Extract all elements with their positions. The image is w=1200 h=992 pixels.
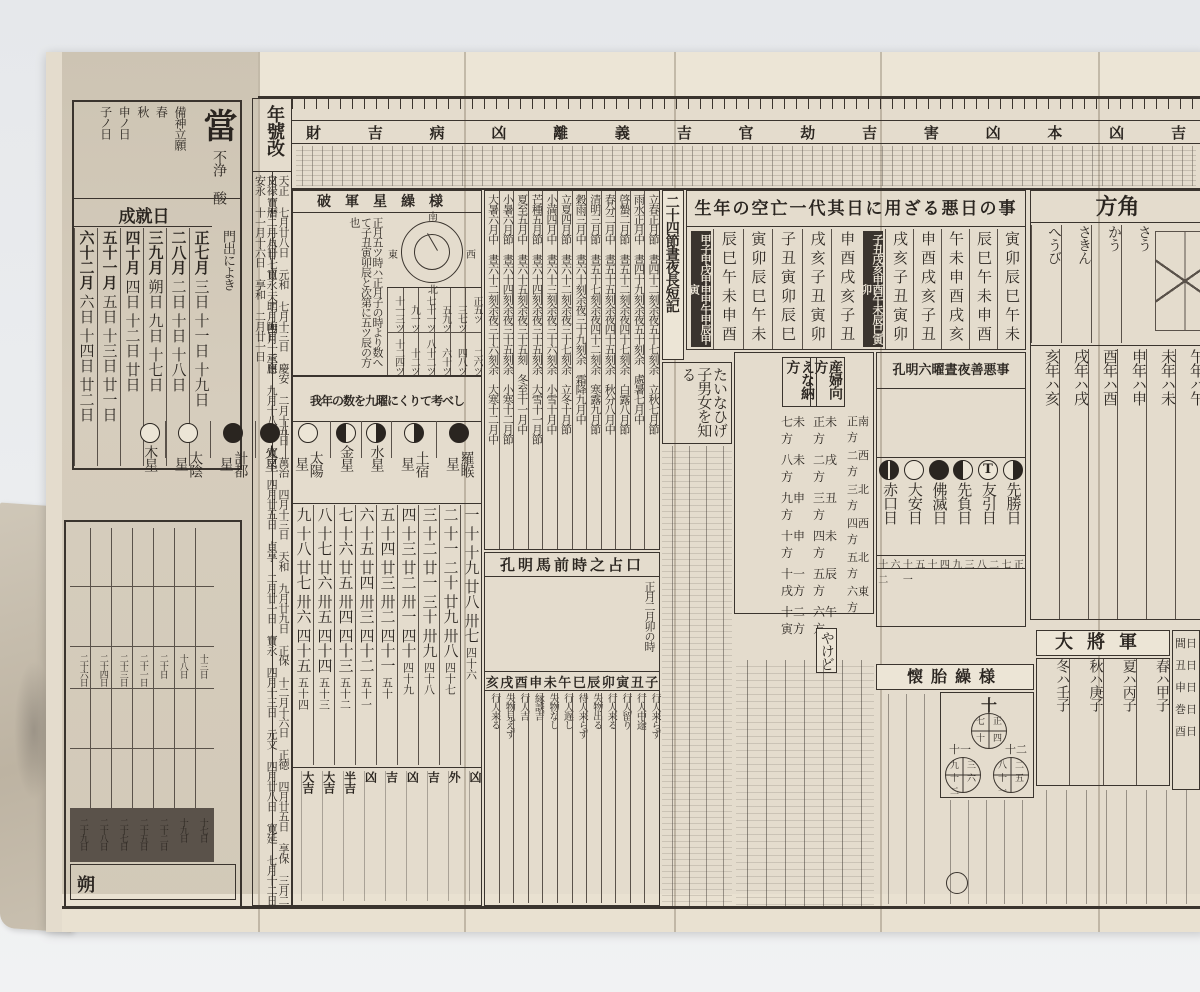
- ruler-label: 離: [553, 122, 568, 144]
- ruler-label: 凶: [491, 122, 506, 144]
- lower-left-days-row1: 十三日 十八日 二十日 二十一日 二十三日 二十四日 二十六日: [72, 654, 212, 686]
- ruler-label: 義: [615, 122, 630, 144]
- rokuyou-days: 先勝日 友引日 先負日 佛滅日 大安日 赤口日: [877, 457, 1025, 555]
- rokuyou-day: 先勝日: [1000, 458, 1025, 555]
- sekki-row: 清明三月節 晝五十七刻余夜四十二刻余 寒露九月節: [586, 191, 601, 549]
- moon-full-icon: [260, 423, 280, 443]
- sekki-row: 大暑六月中 晝六十二刻余夜三十六刻余 大寒十二月中: [485, 191, 499, 549]
- moon-empty-icon: [178, 423, 198, 443]
- ruler-label: 劫: [800, 122, 815, 144]
- moon-half-icon: [336, 423, 356, 443]
- sekki-title: 二十四節晝夜長短記: [663, 191, 680, 316]
- rokuyou-months: 正七二八三九四十五十一六十二: [877, 555, 1025, 569]
- star-column: 計都星: [210, 421, 255, 458]
- ena-title: えな納方: [782, 357, 817, 407]
- kuubou-grid-b: 寅卯辰巳午未 辰巳午未申酉 午未申酉戌亥 申酉戌亥子丑 戌亥子丑寅卯: [885, 229, 1025, 349]
- season-headers: 備神立願 春 秋 申ノ日 子ノ日: [11, 106, 186, 150]
- moon-bar-icon: [879, 460, 899, 480]
- komei-hours: 子丑寅卯辰巳午未申酉戌亥: [485, 671, 659, 691]
- compass-diagram: 南 西 北 東: [401, 221, 463, 283]
- lower-left-box: 十三日 十八日 二十日 二十一日 二十三日 二十四日 二十六日 十七日 十九日 …: [64, 520, 242, 908]
- side-days-box: 間日丑日申日巻日酉日: [1172, 630, 1200, 790]
- star-column: 羅睺星: [436, 421, 481, 458]
- era-title: 年號改: [264, 105, 283, 156]
- age-grid: 一十十九廿八卅七四十六 二十一二十廿九卅八四十七 三十二廿一三十卅九四十八 四十…: [293, 505, 481, 765]
- moon-t-icon: [978, 460, 998, 480]
- moon-full-icon: [929, 460, 949, 480]
- ruler-ticks: [292, 99, 1200, 121]
- moon-half-icon: [1003, 460, 1023, 480]
- taina-cursive-body: [662, 446, 732, 906]
- sekki-row: 立春正月節 晝四十二刻余夜五十七刻余 立秋七月節: [644, 191, 659, 549]
- ruler-label: 吉: [1171, 122, 1186, 144]
- kuubou-label-a: 甲子甲戌甲申甲午甲辰甲寅: [691, 231, 711, 347]
- kuubou-grid-a: 申酉戌亥子丑 戌亥子丑寅卯 子丑寅卯辰巳 寅卯辰巳午未 辰巳午未申酉: [713, 229, 861, 349]
- toh-title: 當: [198, 108, 234, 141]
- hougaku-title: 方角: [1031, 191, 1200, 223]
- ruler-label: 凶: [1109, 122, 1124, 144]
- komei-uranai-box: 孔明馬前時之占口 正月二月卯の時 子丑寅卯辰巳午未申酉戌亥 行人来らず 行人中途…: [484, 552, 660, 906]
- sekki-title-box: 二十四節晝夜長短記: [662, 190, 684, 360]
- era-column: 年號改 天正 七月廿八日 元和 七月十三日 慶安 二月十五日 萬治 四月十三日 …: [252, 98, 292, 906]
- sekki-row: 穀雨三月中 晝六十刻余夜三十九刻余 霜降九月中: [572, 191, 587, 549]
- cursive-notes-band: [296, 146, 1196, 186]
- ruler-label: 吉: [677, 122, 692, 144]
- sekki-row: 夏至五月中 晝六十五刻余夜三十五刻 冬至十一月中: [513, 191, 528, 549]
- moon-full-icon: [223, 423, 243, 443]
- lower-left-footer: 朔: [70, 864, 236, 900]
- ruler-label: 官: [738, 122, 753, 144]
- rokuyou-day: 大安日: [902, 458, 927, 555]
- ruler-label: 財: [306, 122, 321, 144]
- sekki-row: 雨水正月中 晝四十九刻余夜五十刻余 處暑七月中: [630, 191, 645, 549]
- lower-left-days-row2: 十七日 十九日 二十二日 二十五日 二十七日 二十八日 二十九日: [72, 818, 212, 850]
- daishougun-cursive-body: [1036, 790, 1200, 904]
- seal-stamp-icon: [946, 872, 968, 894]
- kadode-note: 門出によき: [220, 230, 234, 290]
- daishougun-title: 大將軍: [1037, 631, 1169, 655]
- ena-directions-2: 七未方八未方九申方十申方十一戌方十二寅方: [781, 413, 811, 611]
- star-column: 火星: [255, 421, 285, 458]
- kaitai-circle-left: 九三十二六: [945, 757, 981, 793]
- moon-full-icon: [449, 423, 469, 443]
- rokuyou-title: 孔明六曜晝夜善悪事: [877, 353, 1025, 389]
- fujou-label: 不浄 酸: [211, 150, 226, 204]
- sekki-row: 春分二月中 晝五十五刻余夜四十五刻余 秋分八月中: [601, 191, 616, 549]
- ruler-label: 害: [924, 122, 939, 144]
- kuubou-title: 生年の空亡一代其日に用ざる悪日の事: [687, 191, 1025, 227]
- kuyou-stars: 羅睺星 土宿星 水星 金星 太陽星 火星 計都星 太陰星 木星: [293, 421, 481, 458]
- komei-intro: 正月二月卯の時: [643, 581, 655, 661]
- lower-left-grid: [70, 528, 214, 862]
- sekki-row: 啓蟄二月節 晝五十二刻余夜四十七刻余 白露八月節: [615, 191, 630, 549]
- kuyou-title: 我年の数を九曜にくりて考べし: [297, 381, 477, 421]
- sanpu-directions: 正南方二西方三北方四西方五北方六東方: [847, 413, 871, 611]
- star-column: 土宿星: [391, 421, 436, 458]
- rokuyou-day: 赤口日: [877, 458, 902, 555]
- ruler-label: 病: [430, 122, 445, 144]
- kuubou-label-b: 子丑戌亥申酉午未辰巳寅卯: [863, 231, 883, 347]
- rokuyou-day: 友引日: [976, 458, 1001, 555]
- hougaku-box: 方角 さう かう さきん へうび 午年ハ午 未年ハ未 申年ハ申 酉年ハ酉 戌年ハ…: [1030, 190, 1200, 620]
- kuubou-box: 生年の空亡一代其日に用ざる悪日の事 甲子甲戌甲申甲午甲辰甲寅 子丑戌亥申酉午未辰…: [686, 190, 1026, 350]
- era-list-left: 文禄 十二月八日 寛永 二月晦日 承應 九月十八日 寛文 四月廿五日 貞享 二月…: [254, 175, 277, 905]
- taina-box: たいなひげ子男女を知る: [662, 362, 732, 444]
- bottom-border: [62, 906, 1200, 909]
- kaitai-title-box: 懐胎繰様: [876, 664, 1034, 690]
- star-column: 太陰星: [165, 421, 210, 458]
- kuyou-fortunes: 凶 外 吉 凶 吉 凶 半吉 大吉 大吉: [293, 771, 481, 901]
- hougaku-items: さう かう さきん へうび: [1031, 225, 1151, 343]
- rokuyou-day: 先負日: [951, 458, 976, 555]
- moon-empty-icon: [140, 423, 160, 443]
- star-column: 水星: [361, 421, 391, 458]
- rokuyou-box: 孔明六曜晝夜善悪事 先勝日 友引日 先負日 佛滅日 大安日 赤口日 正七二八三九…: [876, 352, 1026, 627]
- sekki-row: 立夏四月節 晝六十二刻余夜三十七刻余 立冬十月節: [557, 191, 572, 549]
- moon-half-icon: [404, 423, 424, 443]
- remedy-cursive-body: [736, 660, 874, 906]
- ruler-label: 本: [1047, 122, 1062, 144]
- komei-uranai-title: 孔明馬前時之占口: [485, 553, 659, 577]
- kaitai-circle-top: 七正十四: [971, 713, 1007, 749]
- ruler-label: 吉: [368, 122, 383, 144]
- jojuu-box: 當 不浄 酸 備神立願 春 秋 申ノ日 子ノ日 成就日 正七月 三日 十一日 十…: [72, 100, 242, 470]
- hagunsei-description: 正月五ツ時ハ正月子の時より数へて子丑寅卯辰と次第に五ツ辰の方也: [297, 217, 383, 373]
- jojuu-header: 成就日: [84, 202, 204, 227]
- sekki-row: 小満四月中 晝六十三刻余夜三十六刻余 小雪十月中: [542, 191, 557, 549]
- moon-half-icon: [366, 423, 386, 443]
- kaitai-diagram: 十 七正十四 十一 十二 九三十二六 八二十一五: [940, 692, 1034, 798]
- kuyou-box: 我年の数を九曜にくりて考べし 羅睺星 土宿星 水星 金星 太陽星 火星 計都星 …: [292, 376, 482, 906]
- ruler-label: 凶: [986, 122, 1001, 144]
- hagunsei-box: 破軍星繰様 正月五ツ時ハ正月子の時より数へて子丑寅卯辰と次第に五ツ辰の方也 南 …: [292, 190, 482, 376]
- star-column: 金星: [330, 421, 360, 458]
- sekki-grid: 立春正月節 晝四十二刻余夜五十七刻余 立秋七月節 雨水正月中 晝四十九刻余夜五十…: [485, 191, 659, 549]
- hagunsei-title: 破軍星繰様: [293, 191, 481, 213]
- ruler-labels: 財 吉 病 凶 離 義 吉 官 劫 吉 害 凶 本 凶 吉: [292, 122, 1200, 144]
- taina-title: たいなひげ子男女を知る: [667, 367, 727, 439]
- star-column: 木星: [135, 421, 164, 458]
- sekki-row: 小暑六月節 晝六十四刻余夜三十五刻余 小寒十二月節: [499, 191, 514, 549]
- direction-chart-icon: [1155, 231, 1200, 331]
- daishougun-title-box: 大將軍: [1036, 630, 1170, 656]
- hagunsei-hours: 正五ツ 三七ツ 五九ツ 七十一ツ 九一ツ 十一三ツ 二六ツ 四八ツ 六十ツ 八十…: [387, 287, 481, 375]
- komei-notes: 行人来らず 行人中途 行人留り 行人来る 失物出る 待人来らず 行人遅し 失物な…: [485, 693, 659, 903]
- hougaku-nen-rows: 午年ハ午 未年ハ未 申年ハ申 酉年ハ酉 戌年ハ戌 亥年ハ亥: [1031, 349, 1200, 619]
- moon-half-icon: [953, 460, 973, 480]
- ena-directions: 正未方二戌方三丑方四未方五辰方六午方: [813, 413, 843, 611]
- rokuyou-day: 佛滅日: [926, 458, 951, 555]
- moon-empty-icon: [904, 460, 924, 480]
- kaitai-circle-right: 八二十一五: [993, 757, 1029, 793]
- star-column: 太陽星: [285, 421, 330, 458]
- moon-empty-icon: [298, 423, 318, 443]
- sekki-box: 立春正月節 晝四十二刻余夜五十七刻余 立秋七月節 雨水正月中 晝四十九刻余夜五十…: [484, 190, 660, 550]
- kaitai-title: 懐胎繰様: [877, 665, 1033, 689]
- sanpu-box: 産婦向方 えな納方 正南方二西方三北方四西方五北方六東方 正未方二戌方三丑方四未…: [734, 352, 874, 614]
- month-col: 五十一月 五日 十三日 廿一日: [97, 228, 120, 466]
- ruler-label: 吉: [862, 122, 877, 144]
- top-margin: [258, 52, 1200, 98]
- month-col: 六十二月 六日 十四日 廿二日: [74, 228, 97, 466]
- kaitai-cursive-body: [878, 694, 938, 904]
- daishougun-seasons: 春ハ甲子 夏ハ丙子 秋ハ庚子 冬ハ壬子: [1036, 658, 1170, 786]
- sekki-row: 芒種五月節 晝六十四刻余夜三十五刻余 大雪十一月節: [528, 191, 543, 549]
